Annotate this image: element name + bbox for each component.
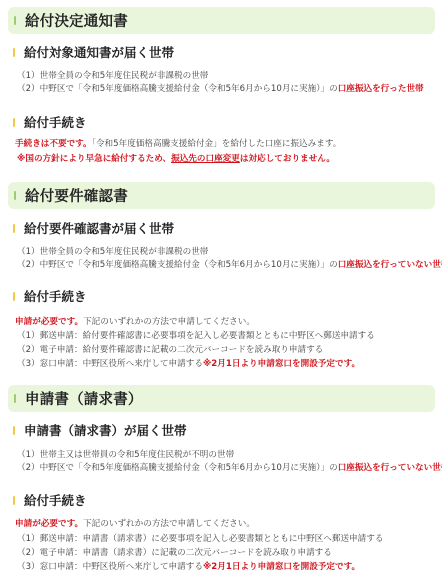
procedure-method-emphasis: ※2月1日より申請窓口を開設予定です。 [203, 562, 360, 572]
procedure-lead-text: 「令和5年度価格高騰支援給付金」を給付した口座に振込みます。 [92, 139, 342, 149]
section-accent-bar [14, 394, 16, 403]
subheading-procedure: 給付手続き [13, 492, 87, 508]
procedure-method-text: （3）窓口申請：中野区役所へ来庁して申請する [17, 562, 203, 572]
subheading-accent-bar [13, 496, 15, 505]
target-item-text: （1）世帯全員の令和5年度住民税が非課税の世帯 [17, 247, 208, 257]
procedure-lead: 申請が必要です。下記のいずれかの方法で申請してください。 [15, 518, 255, 530]
procedure-lead-emphasis: 手続きは不要です。 [15, 139, 92, 149]
procedure-lead-text: 下記のいずれかの方法で申請してください。 [83, 317, 255, 327]
procedure-method-text: （1）郵送申請：給付要件確認書に必要事項を記入し必要書類とともに中野区へ郵送申請… [17, 331, 375, 341]
section-title: 給付決定通知書 [25, 10, 128, 31]
subheading-title: 給付対象通知書が届く世帯 [24, 43, 174, 61]
subheading-accent-bar [13, 118, 15, 127]
procedure-method: （1）郵送申請：申請書（請求書）に必要事項を記入し必要書類とともに中野区へ郵送申… [17, 533, 383, 545]
subheading-accent-bar [13, 292, 15, 301]
procedure-note-text: は対応しておりません。 [240, 154, 335, 164]
section-header-shinseisho: 申請書（請求書） [8, 385, 435, 412]
target-item: （2）中野区で「令和5年度価格高騰支援給付金（令和5年6月から10月に実施）」の… [17, 462, 442, 474]
section-title: 申請書（請求書） [25, 388, 143, 409]
procedure-lead: 手続きは不要です。「令和5年度価格高騰支援給付金」を給付した口座に振込みます。 [15, 138, 341, 150]
subheading-title: 給付手続き [24, 491, 87, 509]
target-item-emphasis: 口座振込を行っていない世帯 [338, 463, 442, 473]
subheading-target-households: 給付要件確認書が届く世帯 [13, 220, 174, 236]
procedure-method-text: （3）窓口申請：中野区役所へ来庁して申請する [17, 359, 203, 369]
target-item: （2）中野区で「令和5年度価格高騰支援給付金（令和5年6月から10月に実施）」の… [17, 83, 424, 95]
target-item-text: （2）中野区で「令和5年度価格高騰支援給付金（令和5年6月から10月に実施）」の [17, 84, 338, 94]
procedure-note-underlined: 振込先の口座変更 [171, 154, 240, 164]
section-title: 給付要件確認書 [25, 185, 128, 206]
procedure-method: （3）窓口申請：中野区役所へ来庁して申請する※2月1日より申請窓口を開設予定です… [17, 358, 360, 370]
procedure-method: （2）電子申請：給付要件確認書に記載の二次元バーコードを読み取り申請する [17, 344, 323, 356]
subheading-target-households: 申請書（請求書）が届く世帯 [13, 422, 187, 438]
procedure-lead-emphasis: 申請が必要です。 [15, 317, 83, 327]
procedure-lead-text: 下記のいずれかの方法で申請してください。 [83, 519, 255, 529]
procedure-method: （2）電子申請：申請書（請求書）に記載の二次元バーコードを読み取り申請する [17, 547, 332, 559]
section-header-kyufu-kettei: 給付決定通知書 [8, 7, 435, 34]
target-item: （2）中野区で「令和5年度価格高騰支援給付金（令和5年6月から10月に実施）」の… [17, 259, 442, 271]
subheading-accent-bar [13, 224, 15, 233]
section-accent-bar [14, 16, 16, 25]
target-item-text: （2）中野区で「令和5年度価格高騰支援給付金（令和5年6月から10月に実施）」の [17, 463, 338, 473]
target-item-emphasis: 口座振込を行った世帯 [338, 84, 424, 94]
subheading-accent-bar [13, 426, 15, 435]
subheading-title: 申請書（請求書）が届く世帯 [24, 421, 187, 439]
procedure-note-text: ※国の方針により早急に給付するため、 [17, 154, 171, 164]
procedure-method: （3）窓口申請：中野区役所へ来庁して申請する※2月1日より申請窓口を開設予定です… [17, 561, 360, 573]
subheading-target-households: 給付対象通知書が届く世帯 [13, 44, 174, 60]
procedure-method-text: （2）電子申請：給付要件確認書に記載の二次元バーコードを読み取り申請する [17, 345, 323, 355]
target-item: （1）世帯主又は世帯員の令和5年度住民税が不明の世帯 [17, 449, 234, 461]
procedure-lead-emphasis: 申請が必要です。 [15, 519, 83, 529]
subheading-procedure: 給付手続き [13, 288, 87, 304]
target-item: （1）世帯全員の令和5年度住民税が非課税の世帯 [17, 246, 208, 258]
procedure-method-text: （2）電子申請：申請書（請求書）に記載の二次元バーコードを読み取り申請する [17, 548, 332, 558]
target-item-text: （2）中野区で「令和5年度価格高騰支援給付金（令和5年6月から10月に実施）」の [17, 260, 338, 270]
procedure-method: （1）郵送申請：給付要件確認書に必要事項を記入し必要書類とともに中野区へ郵送申請… [17, 330, 375, 342]
target-item-text: （1）世帯全員の令和5年度住民税が非課税の世帯 [17, 71, 208, 81]
subheading-accent-bar [13, 48, 15, 57]
procedure-lead: 申請が必要です。下記のいずれかの方法で申請してください。 [15, 316, 255, 328]
target-item-text: （1）世帯主又は世帯員の令和5年度住民税が不明の世帯 [17, 450, 234, 460]
procedure-note: ※国の方針により早急に給付するため、振込先の口座変更は対応しておりません。 [17, 153, 335, 165]
subheading-procedure: 給付手続き [13, 114, 87, 130]
procedure-method-text: （1）郵送申請：申請書（請求書）に必要事項を記入し必要書類とともに中野区へ郵送申… [17, 534, 383, 544]
section-header-kyufu-yoken: 給付要件確認書 [8, 182, 435, 209]
target-item: （1）世帯全員の令和5年度住民税が非課税の世帯 [17, 70, 208, 82]
target-item-emphasis: 口座振込を行っていない世帯 [338, 260, 442, 270]
procedure-method-emphasis: ※2月1日より申請窓口を開設予定です。 [203, 359, 360, 369]
section-accent-bar [14, 191, 16, 200]
subheading-title: 給付要件確認書が届く世帯 [24, 219, 174, 237]
subheading-title: 給付手続き [24, 113, 87, 131]
subheading-title: 給付手続き [24, 287, 87, 305]
